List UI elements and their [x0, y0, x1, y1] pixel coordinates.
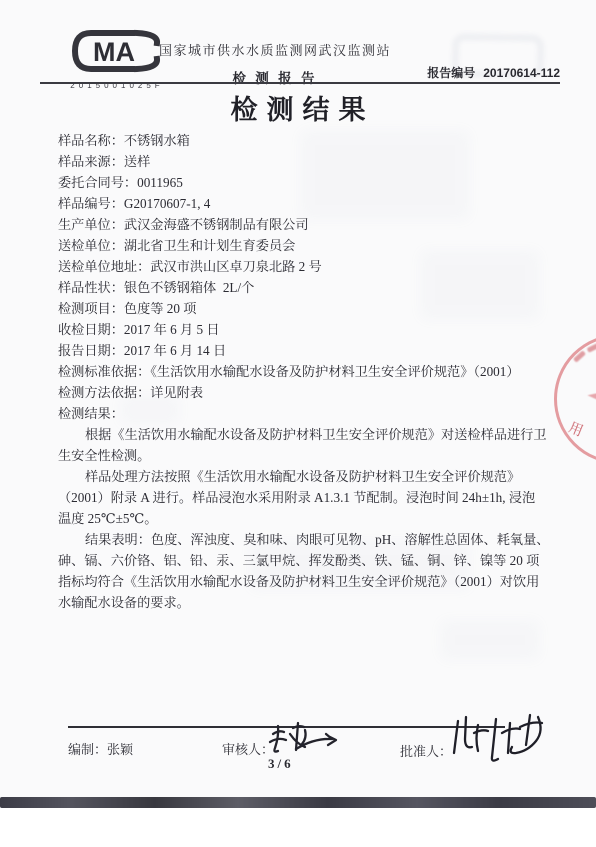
info-line-client-address: 送检单位地址：武汉市洪山区卓刀泉北路 2 号	[58, 256, 550, 277]
info-line-receive-date: 收检日期：2017 年 6 月 5 日	[58, 319, 550, 340]
organization-name: 国家城市供水水质监测网武汉监测站	[150, 40, 400, 59]
red-seal: ★ 用	[554, 334, 596, 464]
info-line-manufacturer: 生产单位：武汉金海盛不锈钢制品有限公司	[58, 214, 550, 235]
seal-star-icon: ★	[580, 365, 596, 426]
info-line-method-basis: 检测方法依据：详见附表	[58, 382, 550, 403]
result-line: 砷、镉、六价铬、铝、铅、汞、三氯甲烷、挥发酚类、铁、锰、铜、锌、镍等 20 项	[58, 550, 550, 571]
info-line-report-date: 报告日期：2017 年 6 月 14 日	[58, 340, 550, 361]
approver-signature	[444, 707, 562, 767]
header-divider	[40, 82, 560, 84]
report-body: 样品名称：不锈钢水箱 样品来源：送样 委托合同号：0011965 样品编号：G2…	[58, 130, 550, 613]
footer-divider	[68, 726, 505, 728]
page-number: 3/6	[268, 756, 294, 772]
scan-edge	[0, 797, 596, 808]
prepared-by-name: 张颖	[107, 742, 133, 757]
seal-arc-text-mark	[587, 342, 596, 353]
result-line: 水输配水设备的要求。	[58, 592, 550, 613]
info-line-contract-no: 委托合同号：0011965	[58, 172, 550, 193]
result-line: 结果表明：色度、浑浊度、臭和味、肉眼可见物、pH、溶解性总固体、耗氧量、	[58, 529, 550, 550]
report-type-title: 检 测 报 告	[150, 67, 400, 87]
bleed-through-ghost	[440, 620, 540, 660]
prepared-by: 编制：张颖	[68, 739, 133, 758]
info-line-sample-description: 样品性状：银色不锈钢箱体 2L/个	[58, 277, 550, 298]
info-line-test-items: 检测项目：色度等 20 项	[58, 298, 550, 319]
approver-label: 批准人：	[400, 741, 452, 760]
result-line: 根据《生活饮用水输配水设备及防护材料卫生安全评价规范》对送检样品进行卫	[58, 424, 550, 445]
info-line-sample-no: 样品编号：G20170607-1, 4	[58, 193, 550, 214]
header-org-block: 国家城市供水水质监测网武汉监测站 检 测 报 告	[150, 40, 400, 87]
result-line: 样品处理方法按照《生活饮用水输配水设备及防护材料卫生安全评价规范》	[58, 466, 550, 487]
scanner-background	[0, 808, 596, 847]
info-line-client: 送检单位：湖北省卫生和计划生育委员会	[58, 235, 550, 256]
result-line: 指标均符合《生活饮用水输配水设备及防护材料卫生安全评价规范》（2001）对饮用	[58, 571, 550, 592]
seal-visible-character: 用	[566, 417, 586, 441]
report-number: 报告编号20170614-112	[427, 64, 560, 81]
info-line-sample-source: 样品来源：送样	[58, 151, 550, 172]
svg-text:MA: MA	[93, 37, 135, 67]
prepared-by-label: 编制：	[68, 742, 107, 757]
seal-arc-text-mark	[573, 350, 586, 362]
reviewer-label: 审核人：	[222, 739, 274, 758]
result-line: 温度 25℃±5℃。	[58, 508, 550, 529]
report-number-value: 20170614-112	[483, 66, 560, 80]
scanned-report-page: MA 2015001025F 国家城市供水水质监测网武汉监测站 检 测 报 告 …	[0, 0, 596, 847]
info-line-standard-basis: 检测标准依据：《生活饮用水输配水设备及防护材料卫生安全评价规范》（2001）	[58, 361, 550, 382]
page-title: 检测结果	[0, 88, 596, 127]
result-line: 生安全性检测。	[58, 445, 550, 466]
report-number-label: 报告编号	[427, 66, 475, 80]
info-line-sample-name: 样品名称：不锈钢水箱	[58, 130, 550, 151]
results-heading: 检测结果：	[58, 403, 550, 424]
result-line: （2001）附录 A 进行。样品浸泡水采用附录 A1.3.1 节配制。浸泡时间 …	[58, 487, 550, 508]
